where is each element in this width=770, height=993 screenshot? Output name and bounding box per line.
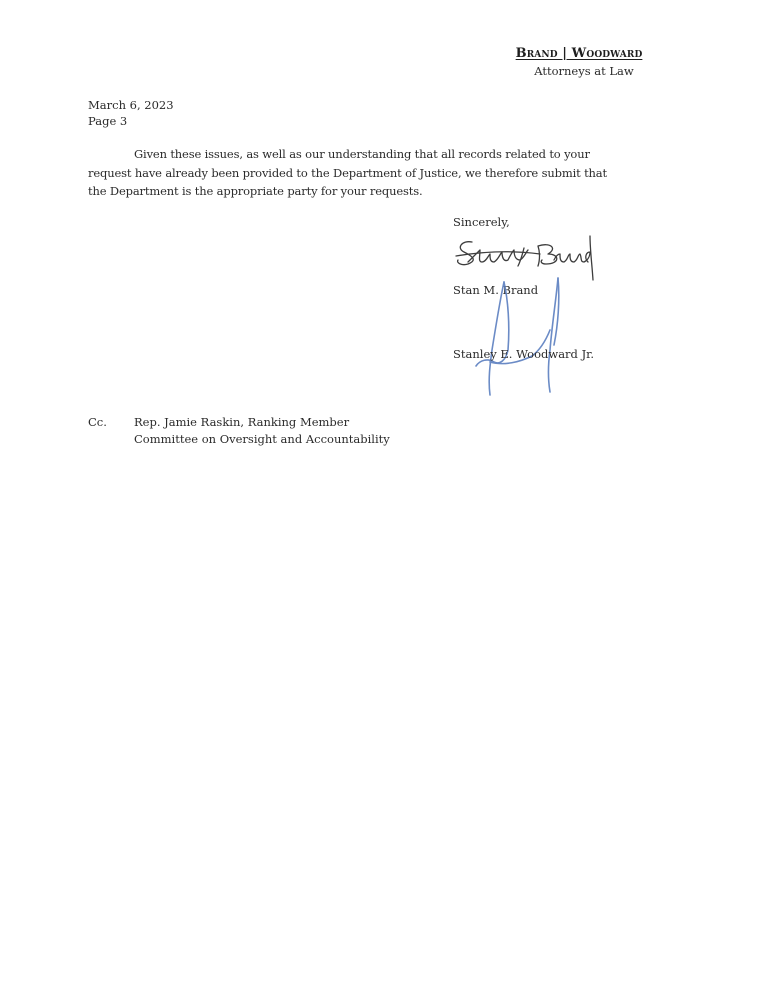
cc-recipients: Rep. Jamie Raskin, Ranking Member Commit… (134, 414, 390, 448)
cc-recipient-line: Rep. Jamie Raskin, Ranking Member (134, 414, 390, 431)
body-paragraph: Given these issues, as well as our under… (88, 145, 688, 201)
body-line: Given these issues, as well as our under… (88, 145, 688, 164)
cc-label: Cc. (88, 414, 107, 431)
signatory-name-brand: Stan M. Brand (453, 282, 538, 298)
body-line: request have already been provided to th… (88, 164, 688, 183)
cc-recipient-line: Committee on Oversight and Accountabilit… (134, 431, 390, 448)
signatory-name-woodward: Stanley E. Woodward Jr. (453, 346, 594, 362)
body-line: the Department is the appropriate party … (88, 182, 688, 201)
firm-subtitle: Attorneys at Law (494, 63, 664, 79)
firm-name: Brand | Woodward (494, 45, 664, 62)
letter-date: March 6, 2023 (88, 97, 174, 113)
letter-page: Brand | Woodward Attorneys at Law March … (0, 0, 770, 993)
handwritten-signature-brand-icon (450, 230, 610, 285)
page-number: Page 3 (88, 113, 174, 129)
letter-meta: March 6, 2023 Page 3 (88, 97, 174, 129)
letterhead: Brand | Woodward Attorneys at Law (494, 45, 664, 79)
closing-salutation: Sincerely, (453, 214, 510, 230)
